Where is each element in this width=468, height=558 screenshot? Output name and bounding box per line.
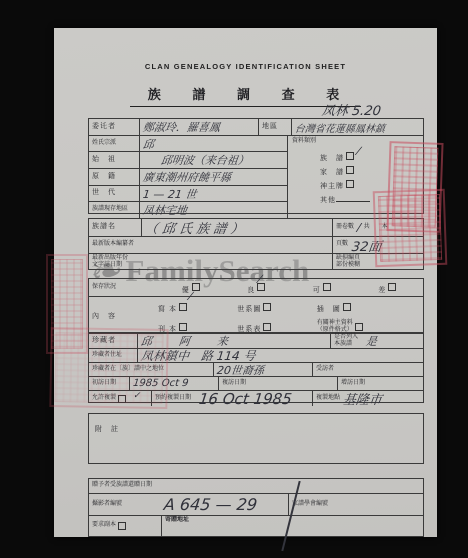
type-jiapu-checkbox — [346, 166, 354, 174]
pages-label: 頁數 — [336, 241, 348, 248]
owner-position-label: 珍藏者在〔族〕譜中之地位 — [92, 366, 164, 373]
area-value: 台灣省花蓮縣鳳林鎮 — [294, 120, 386, 135]
send-address-label: 寄贈地址 — [165, 517, 189, 524]
condition-good: 良∕ — [247, 279, 265, 297]
type-shenzhupai-label: 神主牌 — [320, 183, 344, 190]
red-seal-stamp-left-edge — [46, 254, 88, 354]
data-type-panel: 資料類別 族 譜∕ 家 譜 神主牌 其他 — [287, 136, 423, 218]
surname-label: 姓氏宗派 — [92, 140, 116, 147]
volumes-suffix: 共 本 — [364, 224, 388, 231]
origin-left-rows: 姓氏宗派 邱 始 祖 邱明波（来台祖） 原 籍 廣東潮州府饒平縣 世 代 1 —… — [89, 136, 287, 218]
section-condition-content: 保存狀況 優 良∕ 可 差 內 容 寫 本∕ 世系圖 插 圖 刊 本 世系表 有… — [88, 278, 424, 333]
generations-label: 世 代 — [92, 189, 116, 197]
content-illustrations: 插 圖 — [317, 298, 420, 316]
form-title-english: CLAN GENEALOGY IDENTIFICATION SHEET — [54, 62, 437, 71]
data-type-header: 資料類別 — [292, 138, 419, 145]
pages-value: 32面 — [351, 236, 383, 255]
society-number-label: 家譜學會編號 — [292, 501, 328, 508]
copy-date-value: 16 Oct 1985 — [198, 390, 293, 408]
permit-copy-label: 允許複製 — [92, 395, 116, 402]
type-shenzhupai-checkbox — [346, 180, 354, 188]
condition-label: 保存狀況 — [92, 284, 116, 291]
copy-request-checkbox — [118, 522, 126, 530]
scanned-form-sheet: CLAN GENEALOGY IDENTIFICATION SHEET 族 譜 … — [54, 28, 437, 537]
content-ancestor-tablet-checkbox — [355, 323, 363, 331]
founder-value: 邱明波（来台祖） — [160, 152, 250, 168]
type-zupu-checkmark: ∕ — [358, 145, 360, 157]
content-lineage-chart: 世系圖 — [237, 298, 316, 316]
permit-copy-checkmark: ✓ — [133, 391, 141, 400]
owner-position-value: 20世裔孫 — [216, 362, 265, 378]
section-archive-info: 贈予者受族譜還贈日期 攝影者編號 A 645 — 29 家譜學會編號 要求副本 … — [88, 478, 424, 537]
type-other-blank-line — [336, 194, 370, 202]
condition-fair: 可 — [313, 279, 331, 297]
photographer-number-label: 攝影者編號 — [92, 501, 122, 508]
revisit-label: 複訪日期 — [222, 380, 246, 387]
photographer-number-value: A 645 — 29 — [163, 495, 258, 514]
content-lineage-table-checkbox — [263, 323, 271, 331]
copy-place-value: 基隆市 — [342, 389, 383, 408]
section-owner-info: 珍藏者 邱 阿 来 是否列入本族譜 是 珍藏者住址 凤林鎮中 路 114 号 珍… — [88, 333, 424, 403]
area-label: 地區 — [262, 123, 278, 131]
copy-date-label: 預約複製日期 — [155, 395, 191, 402]
volumes-label: 冊卷數 — [336, 224, 354, 231]
copy-request-label: 要求副本 — [92, 522, 116, 529]
listed-label: 是否列入 — [334, 334, 358, 341]
interviewee-label: 受訪者 — [316, 366, 334, 373]
content-label: 內 容 — [92, 313, 116, 321]
section-origin-info: 委讬者 鄭淑玲．羅喜鳳 地區 台灣省花蓮縣鳳林鎮 姓氏宗派 邱 始 祖 邱明波（… — [88, 118, 424, 214]
condition-fair-checkbox — [323, 283, 331, 291]
content-lineage-chart-checkbox — [263, 303, 271, 311]
origin-label: 原 籍 — [92, 173, 116, 181]
condition-good-checkbox — [257, 283, 265, 291]
requester-value: 鄭淑玲．羅喜鳳 — [142, 119, 221, 135]
copy-place-label: 複製地點 — [316, 395, 340, 402]
surname-value: 邱 — [142, 136, 155, 152]
section-notes: 附 註 — [88, 413, 424, 464]
donation-return-date-label: 贈予者受族譜還贈日期 — [92, 482, 152, 489]
condition-poor: 差 — [378, 279, 396, 297]
content-illustrations-checkbox — [343, 303, 351, 311]
origin-value: 廣東潮州府饒平縣 — [142, 169, 232, 185]
condition-poor-checkbox — [388, 283, 396, 291]
first-visit-value: 1985 Oct 9 — [132, 378, 189, 389]
additional-visit-label: 增訪日期 — [341, 380, 365, 387]
notes-label: 附 註 — [95, 426, 119, 433]
type-zupu-checkbox — [346, 152, 354, 160]
owner-label: 珍藏者 — [92, 337, 116, 345]
content-manuscript-checkbox — [179, 303, 187, 311]
requester-label: 委讬者 — [92, 123, 116, 131]
pubyear-label2: 文字誌日期 — [92, 262, 122, 269]
volumes-value: ∕ — [356, 221, 361, 234]
book-title-label: 族譜名 — [92, 223, 116, 231]
generations-value: 1 — 21 世 — [142, 186, 197, 202]
permit-copy-checkbox — [118, 395, 126, 403]
compiler-label: 最新版本編纂者 — [92, 241, 134, 248]
location-value: 凤林宅地 — [142, 202, 188, 218]
content-manuscript: 寫 本∕ — [158, 298, 237, 316]
founder-label: 始 祖 — [92, 156, 116, 164]
content-printed-checkbox — [179, 323, 187, 331]
listed-value: 是 — [365, 333, 378, 349]
type-other-label: 其他 — [320, 197, 336, 204]
first-visit-label: 初訪日期 — [92, 380, 116, 387]
condition-excellent: 優 — [182, 279, 200, 297]
handwritten-corner-note: 凤林 5.20 — [321, 100, 382, 119]
section-book-info: 族譜名 （ 邱 氏 族 譜 ） 冊卷數∕共 本 最新版本編纂者 頁數32面 最新… — [88, 218, 424, 270]
listed-label2: 本族譜 — [334, 341, 358, 348]
condition-excellent-checkbox — [192, 283, 200, 291]
blurred-parts-label: 部份模糊 — [336, 262, 360, 269]
location-label: 族譜現存地區 — [92, 206, 128, 213]
owner-address-label: 珍藏者住址 — [92, 352, 122, 359]
type-jiapu-label: 家 譜 — [320, 169, 344, 176]
book-title-value: （ 邱 氏 族 譜 ） — [144, 218, 245, 237]
type-zupu-label: 族 譜 — [320, 155, 344, 162]
